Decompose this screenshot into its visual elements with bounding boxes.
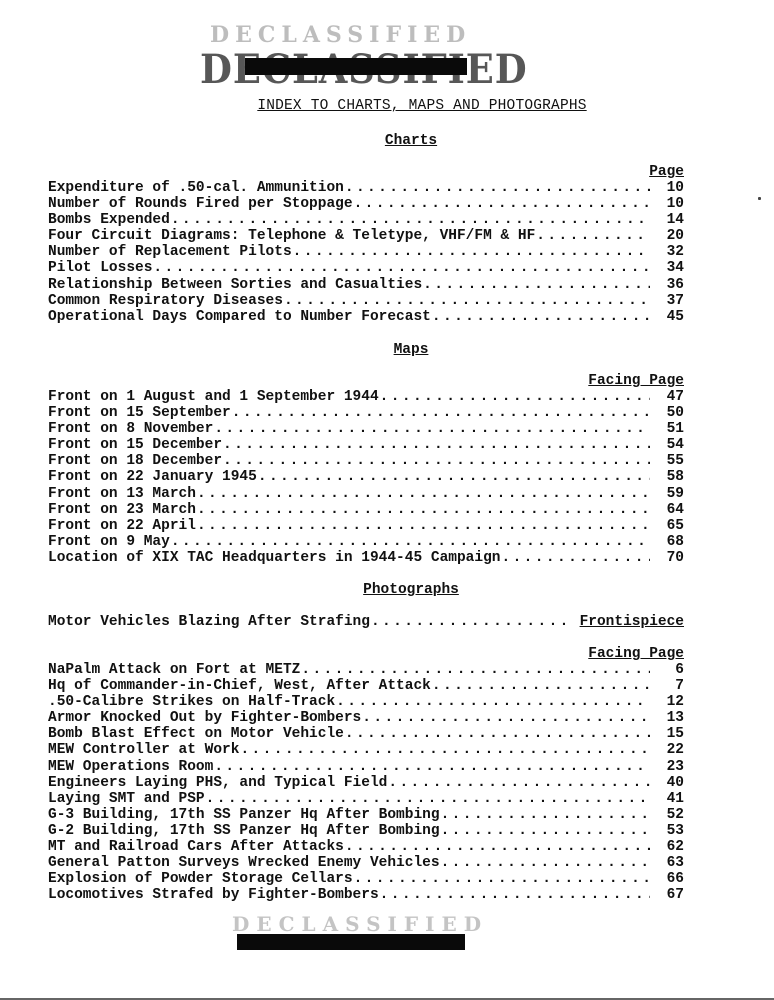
entry-page: 37 — [650, 293, 684, 309]
entry-title: Expenditure of .50-cal. Ammunition — [48, 180, 344, 196]
column-header-facing-page-photos: Facing Page — [588, 646, 684, 662]
list-item[interactable]: General Patton Surveys Wrecked Enemy Veh… — [48, 855, 684, 871]
entry-page: 66 — [650, 871, 684, 887]
entry-title: Number of Replacement Pilots — [48, 244, 292, 260]
list-item[interactable]: Laying SMT and PSP41 — [48, 791, 684, 807]
leader-dots — [240, 742, 650, 758]
list-item[interactable]: Relationship Between Sorties and Casualt… — [48, 277, 684, 293]
entry-title: Bomb Blast Effect on Motor Vehicle — [48, 726, 344, 742]
leader-dots — [293, 244, 650, 260]
list-item[interactable]: Bombs Expended14 — [48, 212, 684, 228]
entry-page: 50 — [650, 405, 684, 421]
entry-title: Laying SMT and PSP — [48, 791, 205, 807]
leader-dots — [197, 518, 650, 534]
leader-dots — [214, 759, 650, 775]
list-item[interactable]: Front on 23 March64 — [48, 502, 684, 518]
entry-page: 47 — [650, 389, 684, 405]
list-item[interactable]: MEW Controller at Work22 — [48, 742, 684, 758]
list-item[interactable]: Expenditure of .50-cal. Ammunition10 — [48, 180, 684, 196]
entry-page: 6 — [650, 662, 684, 678]
list-item[interactable]: Front on 15 December54 — [48, 437, 684, 453]
list-item[interactable]: Explosion of Powder Storage Cellars66 — [48, 871, 684, 887]
entry-page: 22 — [650, 742, 684, 758]
leader-dots — [223, 437, 650, 453]
maps-list: Front on 1 August and 1 September 194447… — [48, 389, 684, 566]
entry-title: MEW Operations Room — [48, 759, 213, 775]
list-item[interactable]: MEW Operations Room23 — [48, 759, 684, 775]
list-item[interactable]: Front on 22 April65 — [48, 518, 684, 534]
list-item[interactable]: Bomb Blast Effect on Motor Vehicle15 — [48, 726, 684, 742]
leader-dots — [380, 887, 650, 903]
leader-dots — [441, 855, 650, 871]
list-item[interactable]: Operational Days Compared to Number Fore… — [48, 309, 684, 325]
photographs-list: NaPalm Attack on Fort at METZ6Hq of Comm… — [48, 662, 684, 903]
entry-title: Bombs Expended — [48, 212, 170, 228]
entry-page: 15 — [650, 726, 684, 742]
entry-page: 68 — [650, 534, 684, 550]
leader-dots — [206, 791, 650, 807]
entry-page: 34 — [650, 260, 684, 276]
list-item[interactable]: Common Respiratory Diseases37 — [48, 293, 684, 309]
document-page: DECLASSIFIED DECLASSIFIED INDEX TO CHART… — [0, 0, 774, 1000]
page-title: INDEX TO CHARTS, MAPS AND PHOTOGRAPHS — [0, 98, 774, 114]
entry-title: Hq of Commander-in-Chief, West, After At… — [48, 678, 431, 694]
entry-page: 65 — [650, 518, 684, 534]
entry-title: G-2 Building, 17th SS Panzer Hq After Bo… — [48, 823, 440, 839]
list-item[interactable]: NaPalm Attack on Fort at METZ6 — [48, 662, 684, 678]
list-item[interactable]: Engineers Laying PHS, and Typical Field4… — [48, 775, 684, 791]
entry-title: Front on 15 September — [48, 405, 231, 421]
entry-page: 14 — [650, 212, 684, 228]
list-item[interactable]: MT and Railroad Cars After Attacks62 — [48, 839, 684, 855]
entry-page: 10 — [650, 196, 684, 212]
stamp-faint-text-bottom: DECLASSIFIED — [232, 912, 488, 936]
list-item[interactable]: Front on 15 September50 — [48, 405, 684, 421]
leader-dots — [214, 421, 650, 437]
list-item[interactable]: Front on 22 January 194558 — [48, 469, 684, 485]
leader-dots — [354, 871, 650, 887]
entry-title: MT and Railroad Cars After Attacks — [48, 839, 344, 855]
leader-dots — [336, 694, 650, 710]
leader-dots — [354, 196, 650, 212]
entry-title: NaPalm Attack on Fort at METZ — [48, 662, 300, 678]
entry-page: 52 — [650, 807, 684, 823]
declassified-stamp-top: DECLASSIFIED DECLASSIFIED — [200, 22, 468, 86]
leader-dots — [171, 534, 650, 550]
entry-title: Number of Rounds Fired per Stoppage — [48, 196, 353, 212]
entry-title: Front on 13 March — [48, 486, 196, 502]
list-item[interactable]: Front on 8 November51 — [48, 421, 684, 437]
leader-dots — [345, 726, 650, 742]
leader-dots — [197, 486, 650, 502]
entry-title: Operational Days Compared to Number Fore… — [48, 309, 431, 325]
entry-title: Front on 1 August and 1 September 1944 — [48, 389, 379, 405]
entry-page: 51 — [650, 421, 684, 437]
list-item[interactable]: Pilot Losses34 — [48, 260, 684, 276]
entry-page: 54 — [650, 437, 684, 453]
entry-title: Front on 22 January 1945 — [48, 469, 257, 485]
entry-title: G-3 Building, 17th SS Panzer Hq After Bo… — [48, 807, 440, 823]
list-item[interactable]: Front on 13 March59 — [48, 486, 684, 502]
entry-title: Motor Vehicles Blazing After Strafing — [48, 614, 370, 630]
leader-dots — [301, 662, 650, 678]
leader-dots — [423, 277, 650, 293]
entry-page: 32 — [650, 244, 684, 260]
leader-dots — [380, 389, 650, 405]
list-item[interactable]: Four Circuit Diagrams: Telephone & Telet… — [48, 228, 684, 244]
list-item[interactable]: Motor Vehicles Blazing After Strafing Fr… — [48, 614, 684, 630]
leader-dots — [284, 293, 650, 309]
entry-page: 41 — [650, 791, 684, 807]
leader-dots — [345, 839, 650, 855]
entry-title: Front on 8 November — [48, 421, 213, 437]
list-item[interactable]: Locomotives Strafed by Fighter-Bombers67 — [48, 887, 684, 903]
entry-page: 36 — [650, 277, 684, 293]
entry-title: Locomotives Strafed by Fighter-Bombers — [48, 887, 379, 903]
section-heading-photographs: Photographs — [0, 582, 774, 598]
entry-page: 45 — [650, 309, 684, 325]
entry-title: .50-Calibre Strikes on Half-Track — [48, 694, 335, 710]
list-item[interactable]: Number of Replacement Pilots32 — [48, 244, 684, 260]
leader-dots — [197, 502, 650, 518]
entry-title: Engineers Laying PHS, and Typical Field — [48, 775, 387, 791]
entry-title: Front on 18 December — [48, 453, 222, 469]
column-header-facing-page-maps: Facing Page — [588, 373, 684, 389]
leader-dots — [432, 309, 650, 325]
entry-title: Pilot Losses — [48, 260, 152, 276]
scan-speck — [758, 197, 761, 200]
leader-dots — [536, 228, 650, 244]
entry-title: Armor Knocked Out by Fighter-Bombers — [48, 710, 361, 726]
list-item[interactable]: G-2 Building, 17th SS Panzer Hq After Bo… — [48, 823, 684, 839]
leader-dots — [501, 550, 650, 566]
entry-page: 70 — [650, 550, 684, 566]
list-item[interactable]: G-3 Building, 17th SS Panzer Hq After Bo… — [48, 807, 684, 823]
leader-dots — [223, 453, 650, 469]
entry-title: Front on 23 March — [48, 502, 196, 518]
leader-dots — [371, 614, 572, 630]
frontispiece-entry: Motor Vehicles Blazing After Strafing Fr… — [48, 614, 684, 630]
leader-dots — [441, 807, 650, 823]
entry-page: 55 — [650, 453, 684, 469]
entry-title: Front on 15 December — [48, 437, 222, 453]
leader-dots — [362, 710, 650, 726]
column-header-page: Page — [649, 164, 684, 180]
entry-page: 23 — [650, 759, 684, 775]
entry-page: 64 — [650, 502, 684, 518]
leader-dots — [441, 823, 650, 839]
list-item[interactable]: .50-Calibre Strikes on Half-Track12 — [48, 694, 684, 710]
entry-page: 53 — [650, 823, 684, 839]
leader-dots — [232, 405, 650, 421]
list-item[interactable]: Location of XIX TAC Headquarters in 1944… — [48, 550, 684, 566]
entry-page: 10 — [650, 180, 684, 196]
leader-dots — [345, 180, 650, 196]
entry-page: 67 — [650, 887, 684, 903]
entry-title: Four Circuit Diagrams: Telephone & Telet… — [48, 228, 535, 244]
redaction-bar-top — [245, 58, 467, 75]
entry-page: 40 — [650, 775, 684, 791]
entry-page: 7 — [650, 678, 684, 694]
stamp-faint-text: DECLASSIFIED — [210, 22, 471, 48]
entry-page: 59 — [650, 486, 684, 502]
leader-dots — [258, 469, 650, 485]
leader-dots — [388, 775, 650, 791]
entry-title: Front on 22 April — [48, 518, 196, 534]
entry-page: Frontispiece — [580, 614, 684, 630]
entry-title: Common Respiratory Diseases — [48, 293, 283, 309]
entry-title: Explosion of Powder Storage Cellars — [48, 871, 353, 887]
entry-page: 58 — [650, 469, 684, 485]
entry-title: Relationship Between Sorties and Casualt… — [48, 277, 422, 293]
leader-dots — [153, 260, 650, 276]
entry-title: Location of XIX TAC Headquarters in 1944… — [48, 550, 500, 566]
entry-title: General Patton Surveys Wrecked Enemy Veh… — [48, 855, 440, 871]
list-item[interactable]: Front on 18 December55 — [48, 453, 684, 469]
entry-page: 63 — [650, 855, 684, 871]
entry-page: 13 — [650, 710, 684, 726]
entry-page: 20 — [650, 228, 684, 244]
charts-list: Expenditure of .50-cal. Ammunition10Numb… — [48, 180, 684, 325]
list-item[interactable]: Front on 1 August and 1 September 194447 — [48, 389, 684, 405]
list-item[interactable]: Hq of Commander-in-Chief, West, After At… — [48, 678, 684, 694]
list-item[interactable]: Armor Knocked Out by Fighter-Bombers13 — [48, 710, 684, 726]
list-item[interactable]: Front on 9 May68 — [48, 534, 684, 550]
entry-title: Front on 9 May — [48, 534, 170, 550]
redaction-bar-bottom — [237, 934, 465, 950]
section-heading-charts: Charts — [0, 133, 774, 149]
leader-dots — [171, 212, 650, 228]
entry-page: 62 — [650, 839, 684, 855]
list-item[interactable]: Number of Rounds Fired per Stoppage10 — [48, 196, 684, 212]
leader-dots — [432, 678, 650, 694]
entry-page: 12 — [650, 694, 684, 710]
entry-title: MEW Controller at Work — [48, 742, 239, 758]
section-heading-maps: Maps — [0, 342, 774, 358]
